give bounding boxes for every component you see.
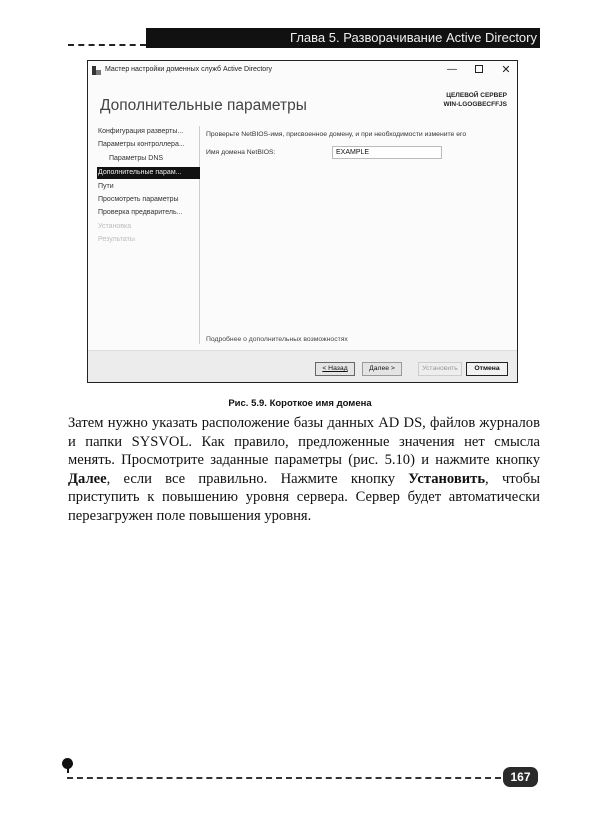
target-server: ЦЕЛЕВОЙ СЕРВЕР WIN-LGOGBECFFJS bbox=[443, 91, 507, 109]
sidebar-item-dns-options[interactable]: Параметры DNS bbox=[108, 153, 197, 165]
sidebar-item-dc-options[interactable]: Параметры контроллера... bbox=[97, 139, 197, 151]
back-button[interactable]: < Назад bbox=[315, 362, 355, 376]
figure-caption: Рис. 5.9. Короткое имя домена bbox=[0, 398, 600, 409]
target-server-label: ЦЕЛЕВОЙ СЕРВЕР bbox=[443, 91, 507, 100]
sidebar-item-installation: Установка bbox=[97, 221, 197, 233]
body-bold-install: Установить bbox=[408, 471, 485, 487]
maximize-icon bbox=[475, 65, 483, 73]
body-text-1: Затем нужно указать расположение базы да… bbox=[68, 415, 540, 468]
sidebar-item-prerequisites-check[interactable]: Проверка предваритель... bbox=[97, 207, 197, 219]
sidebar-item-deployment-config[interactable]: Конфигурация разверты... bbox=[97, 126, 197, 138]
window-title: Мастер настройки доменных служб Active D… bbox=[105, 66, 272, 73]
button-bar: < Назад Далее > Установить Отмена bbox=[88, 350, 517, 382]
target-server-name: WIN-LGOGBECFFJS bbox=[443, 100, 507, 109]
page-title: Дополнительные параметры bbox=[100, 97, 307, 115]
page-number: 167 bbox=[503, 767, 538, 787]
wizard-window: Мастер настройки доменных служб Active D… bbox=[87, 60, 518, 383]
sidebar-item-additional-options[interactable]: Дополнительные парам... bbox=[97, 167, 200, 179]
next-button[interactable]: Далее > bbox=[362, 362, 402, 376]
maximize-button[interactable] bbox=[471, 63, 487, 77]
close-button[interactable]: ✕ bbox=[498, 63, 514, 77]
body-bold-next: Далее bbox=[68, 471, 107, 487]
sidebar-item-review-options[interactable]: Просмотреть параметры bbox=[97, 194, 197, 206]
minimize-button[interactable]: — bbox=[444, 63, 460, 77]
cancel-button[interactable]: Отмена bbox=[466, 362, 508, 376]
footer-dashed-rule bbox=[67, 777, 501, 779]
server-manager-icon bbox=[92, 66, 101, 75]
body-paragraph: Затем нужно указать расположение базы да… bbox=[68, 414, 540, 525]
sidebar-item-results: Результаты bbox=[97, 234, 197, 246]
body-text-2: , если все правильно. Нажмите кнопку bbox=[107, 471, 409, 487]
netbios-name-input[interactable] bbox=[332, 146, 442, 159]
title-bar: Мастер настройки доменных служб Active D… bbox=[88, 61, 517, 81]
install-button: Установить bbox=[418, 362, 462, 376]
wizard-steps-sidebar: Конфигурация разверты... Параметры контр… bbox=[88, 126, 200, 344]
footer-bullet-icon bbox=[62, 758, 73, 769]
instruction-text: Проверьте NetBIOS-имя, присвоенное домен… bbox=[206, 131, 466, 138]
sidebar-item-paths[interactable]: Пути bbox=[97, 181, 197, 193]
chapter-header: Глава 5. Разворачивание Active Directory bbox=[146, 28, 540, 48]
more-about-options-link[interactable]: Подробнее о дополнительных возможностях bbox=[206, 336, 348, 343]
header-dashed-rule bbox=[68, 44, 146, 46]
back-button-label: < Назад bbox=[322, 365, 347, 372]
netbios-label: Имя домена NetBIOS: bbox=[206, 149, 275, 156]
